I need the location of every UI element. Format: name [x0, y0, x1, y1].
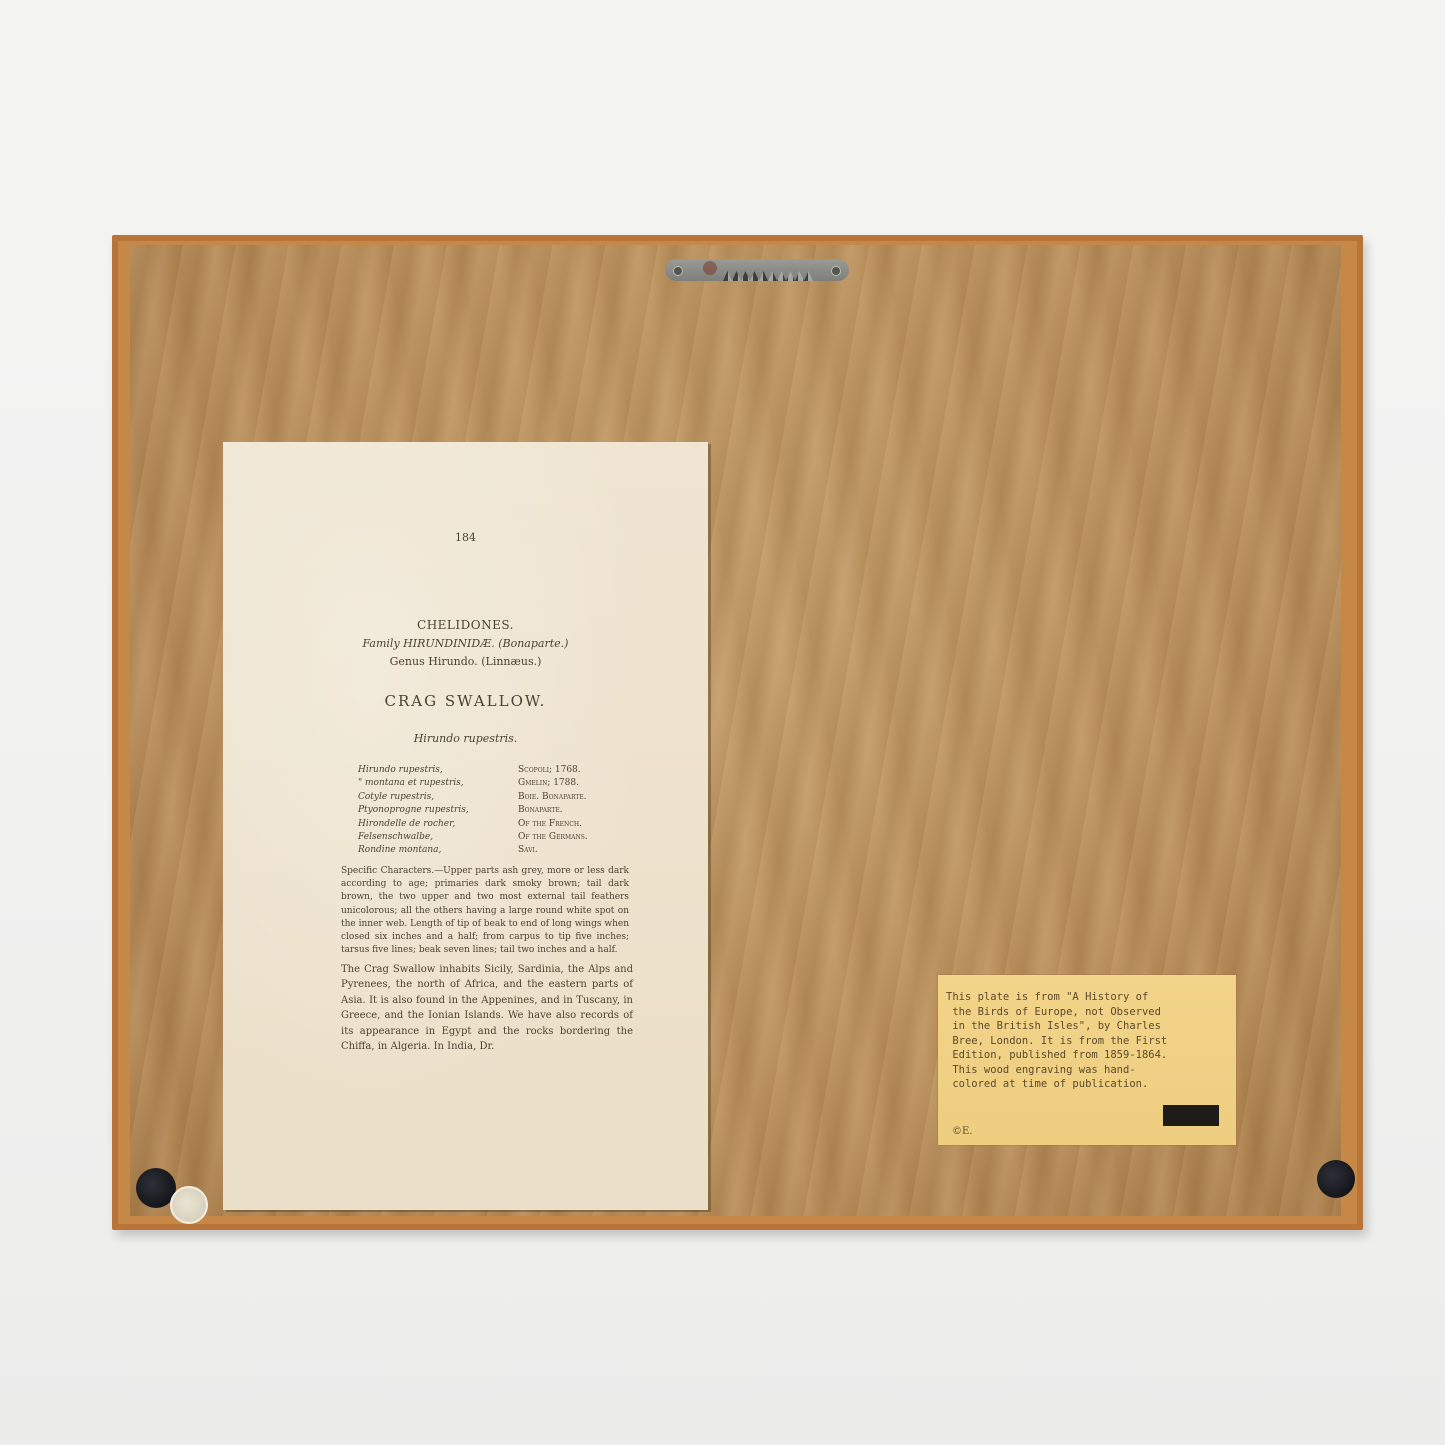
species-name: Hirundo rupestris. [223, 732, 708, 745]
synonym-list: Hirundo rupestris,Scopoli; 1768. " monta… [358, 764, 688, 858]
synonym-row: Rondine montana,Savi. [358, 844, 688, 857]
provenance-label: This plate is from "A History of the Bir… [938, 975, 1236, 1145]
synonym-row: " montana et rupestris,Gmelin; 1788. [358, 777, 688, 790]
picture-frame-back: 184 CHELIDONES. Family HIRUNDINIDÆ. (Bon… [112, 235, 1363, 1230]
redacted-mark [1163, 1105, 1219, 1126]
synonym-row: Cotyle rupestris,Boie. Bonaparte. [358, 791, 688, 804]
specific-characters: Specific Characters.—Upper parts ash gre… [341, 865, 629, 957]
kraft-paper-backing: 184 CHELIDONES. Family HIRUNDINIDÆ. (Bon… [130, 245, 1341, 1216]
black-bumper-icon [1317, 1160, 1355, 1198]
body-text: The Crag Swallow inhabits Sicily, Sardin… [341, 962, 633, 1054]
label-text: This plate is from "A History of the Bir… [946, 990, 1167, 1092]
sawtooth-hanger-icon [665, 255, 849, 283]
order-heading: CHELIDONES. [223, 618, 708, 632]
label-initials: ©E. [952, 1126, 972, 1137]
synonym-row: Ptyonoprogne rupestris,Bonaparte. [358, 804, 688, 817]
synonym-row: Hirundo rupestris,Scopoli; 1768. [358, 764, 688, 777]
page-title: CRAG SWALLOW. [223, 692, 708, 710]
synonym-row: Hirondelle de rocher,Of the French. [358, 818, 688, 831]
genus-heading: Genus Hirundo. (Linnæus.) [223, 655, 708, 668]
family-heading: Family HIRUNDINIDÆ. (Bonaparte.) [223, 637, 708, 650]
clear-bumper-icon [170, 1186, 208, 1224]
book-page: 184 CHELIDONES. Family HIRUNDINIDÆ. (Bon… [223, 442, 708, 1210]
page-number: 184 [223, 531, 708, 544]
synonym-row: Felsenschwalbe,Of the Germans. [358, 831, 688, 844]
